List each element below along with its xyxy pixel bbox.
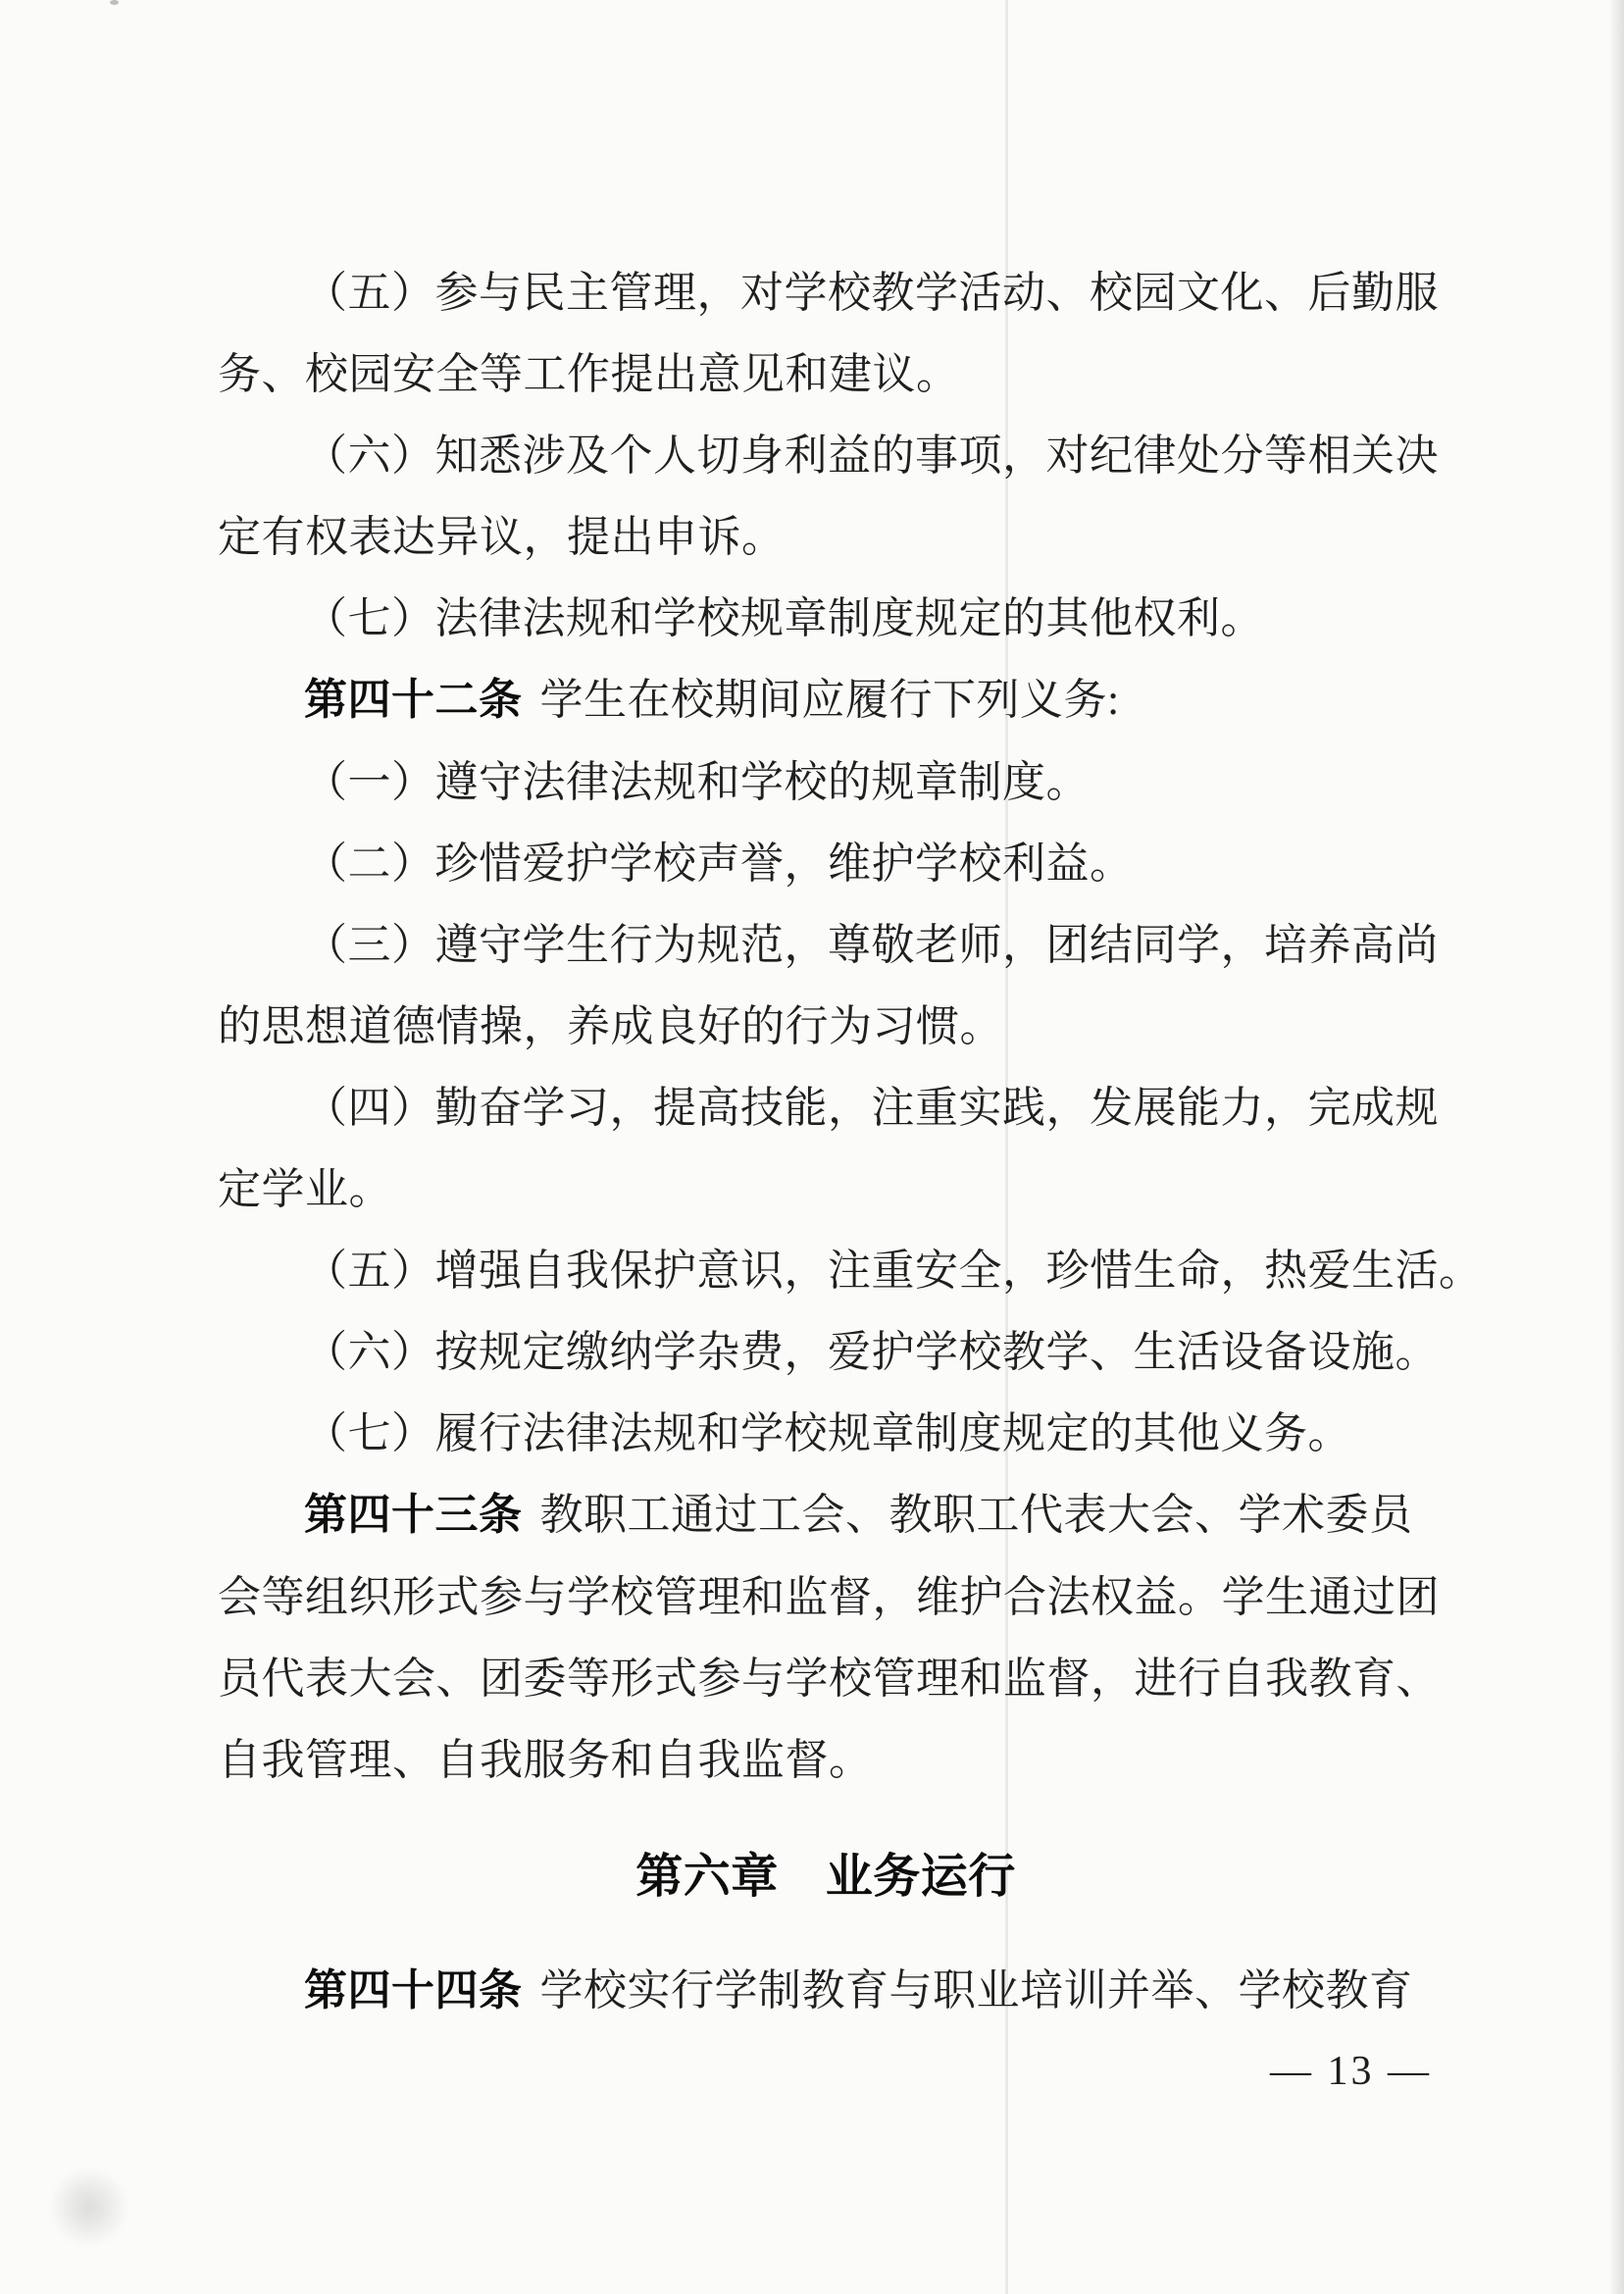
bold-article-label: 第四十四条	[304, 1966, 523, 2014]
text-line: 定学业。	[218, 1148, 1434, 1230]
body-text: （三）遵守学生行为规范，尊敬老师，团结同学，培养高尚	[304, 921, 1439, 969]
text-line: （四）勤奋学习，提高技能，注重实践，发展能力，完成规	[218, 1067, 1434, 1148]
body-text: 务、校园安全等工作提出意见和建议。	[218, 350, 960, 398]
body-text: 学校实行学制教育与职业培训并举、学校教育	[540, 1966, 1413, 2014]
body-text: （五）参与民主管理，对学校教学活动、校园文化、后勤服	[304, 269, 1439, 317]
bold-article-label: 业务运行	[826, 1851, 1016, 1903]
chapter-heading: 第六章业务运行	[218, 1836, 1434, 1917]
body-text: 定有权表达异议，提出申诉。	[218, 513, 786, 561]
text-line: （一）遵守法律法规和学校的规章制度。	[218, 741, 1434, 823]
body-text: （四）勤奋学习，提高技能，注重实践，发展能力，完成规	[304, 1084, 1439, 1132]
scan-speck	[110, 0, 119, 5]
body-text: 员代表大会、团委等形式参与学校管理和监督，进行自我教育、	[218, 1655, 1440, 1703]
body-text: （七）法律法规和学校规章制度规定的其他权利。	[304, 594, 1264, 642]
text-line: 的思想道德情操，养成良好的行为习惯。	[218, 986, 1434, 1067]
scanned-document-page: （五）参与民主管理，对学校教学活动、校园文化、后勤服务、校园安全等工作提出意见和…	[0, 0, 1624, 2294]
text-line: 自我管理、自我服务和自我监督。	[218, 1719, 1434, 1801]
text-line: 员代表大会、团委等形式参与学校管理和监督，进行自我教育、	[218, 1638, 1434, 1719]
body-text: 会等组织形式参与学校管理和监督，维护合法权益。学生通过团	[218, 1573, 1440, 1621]
text-line: （六）按规定缴纳学杂费，爱护学校教学、生活设备设施。	[218, 1311, 1434, 1393]
page-number: — 13 —	[1270, 2046, 1432, 2097]
text-line: （三）遵守学生行为规范，尊敬老师，团结同学，培养高尚	[218, 904, 1434, 986]
body-text: （七）履行法律法规和学校规章制度规定的其他义务。	[304, 1409, 1351, 1457]
text-line: 会等组织形式参与学校管理和监督，维护合法权益。学生通过团	[218, 1556, 1434, 1638]
body-text: 定学业。	[218, 1165, 392, 1213]
bold-article-label: 第六章	[635, 1851, 779, 1903]
text-line: 第四十三条教职工通过工会、教职工代表大会、学术委员	[218, 1474, 1434, 1555]
body-text: 学生在校期间应履行下列义务:	[540, 676, 1120, 724]
body-text: （六）知悉涉及个人切身利益的事项，对纪律处分等相关决	[304, 432, 1439, 480]
text-line: （五）参与民主管理，对学校教学活动、校园文化、后勤服	[218, 252, 1434, 333]
scan-smudge	[47, 2166, 130, 2249]
bold-article-label: 第四十二条	[304, 676, 523, 724]
body-text: （六）按规定缴纳学杂费，爱护学校教学、生活设备设施。	[304, 1328, 1439, 1376]
body-text: （一）遵守法律法规和学校的规章制度。	[304, 758, 1090, 806]
text-line: 第四十四条学校实行学制教育与职业培训并举、学校教育	[218, 1950, 1434, 2031]
text-line: 务、校园安全等工作提出意见和建议。	[218, 333, 1434, 415]
body-text: （二）珍惜爱护学校声誉，维护学校利益。	[304, 840, 1134, 888]
text-line: （七）履行法律法规和学校规章制度规定的其他义务。	[218, 1393, 1434, 1474]
text-line: （二）珍惜爱护学校声誉，维护学校利益。	[218, 823, 1434, 904]
body-text: 的思想道德情操，养成良好的行为习惯。	[218, 1002, 1003, 1050]
body-text: （五）增强自我保护意识，注重安全，珍惜生命，热爱生活。	[304, 1247, 1483, 1295]
page-edge-shadow	[1609, 0, 1624, 2294]
text-line: （七）法律法规和学校规章制度规定的其他权利。	[218, 578, 1434, 659]
bold-article-label: 第四十三条	[304, 1491, 523, 1539]
text-line: （五）增强自我保护意识，注重安全，珍惜生命，热爱生活。	[218, 1230, 1434, 1311]
text-line: 定有权表达异议，提出申诉。	[218, 496, 1434, 578]
body-text: 教职工通过工会、教职工代表大会、学术委员	[540, 1491, 1413, 1539]
text-line: 第四十二条学生在校期间应履行下列义务:	[218, 659, 1434, 740]
text-line: （六）知悉涉及个人切身利益的事项，对纪律处分等相关决	[218, 415, 1434, 496]
body-text: 自我管理、自我服务和自我监督。	[218, 1736, 873, 1784]
document-body: （五）参与民主管理，对学校教学活动、校园文化、后勤服务、校园安全等工作提出意见和…	[218, 252, 1434, 2031]
